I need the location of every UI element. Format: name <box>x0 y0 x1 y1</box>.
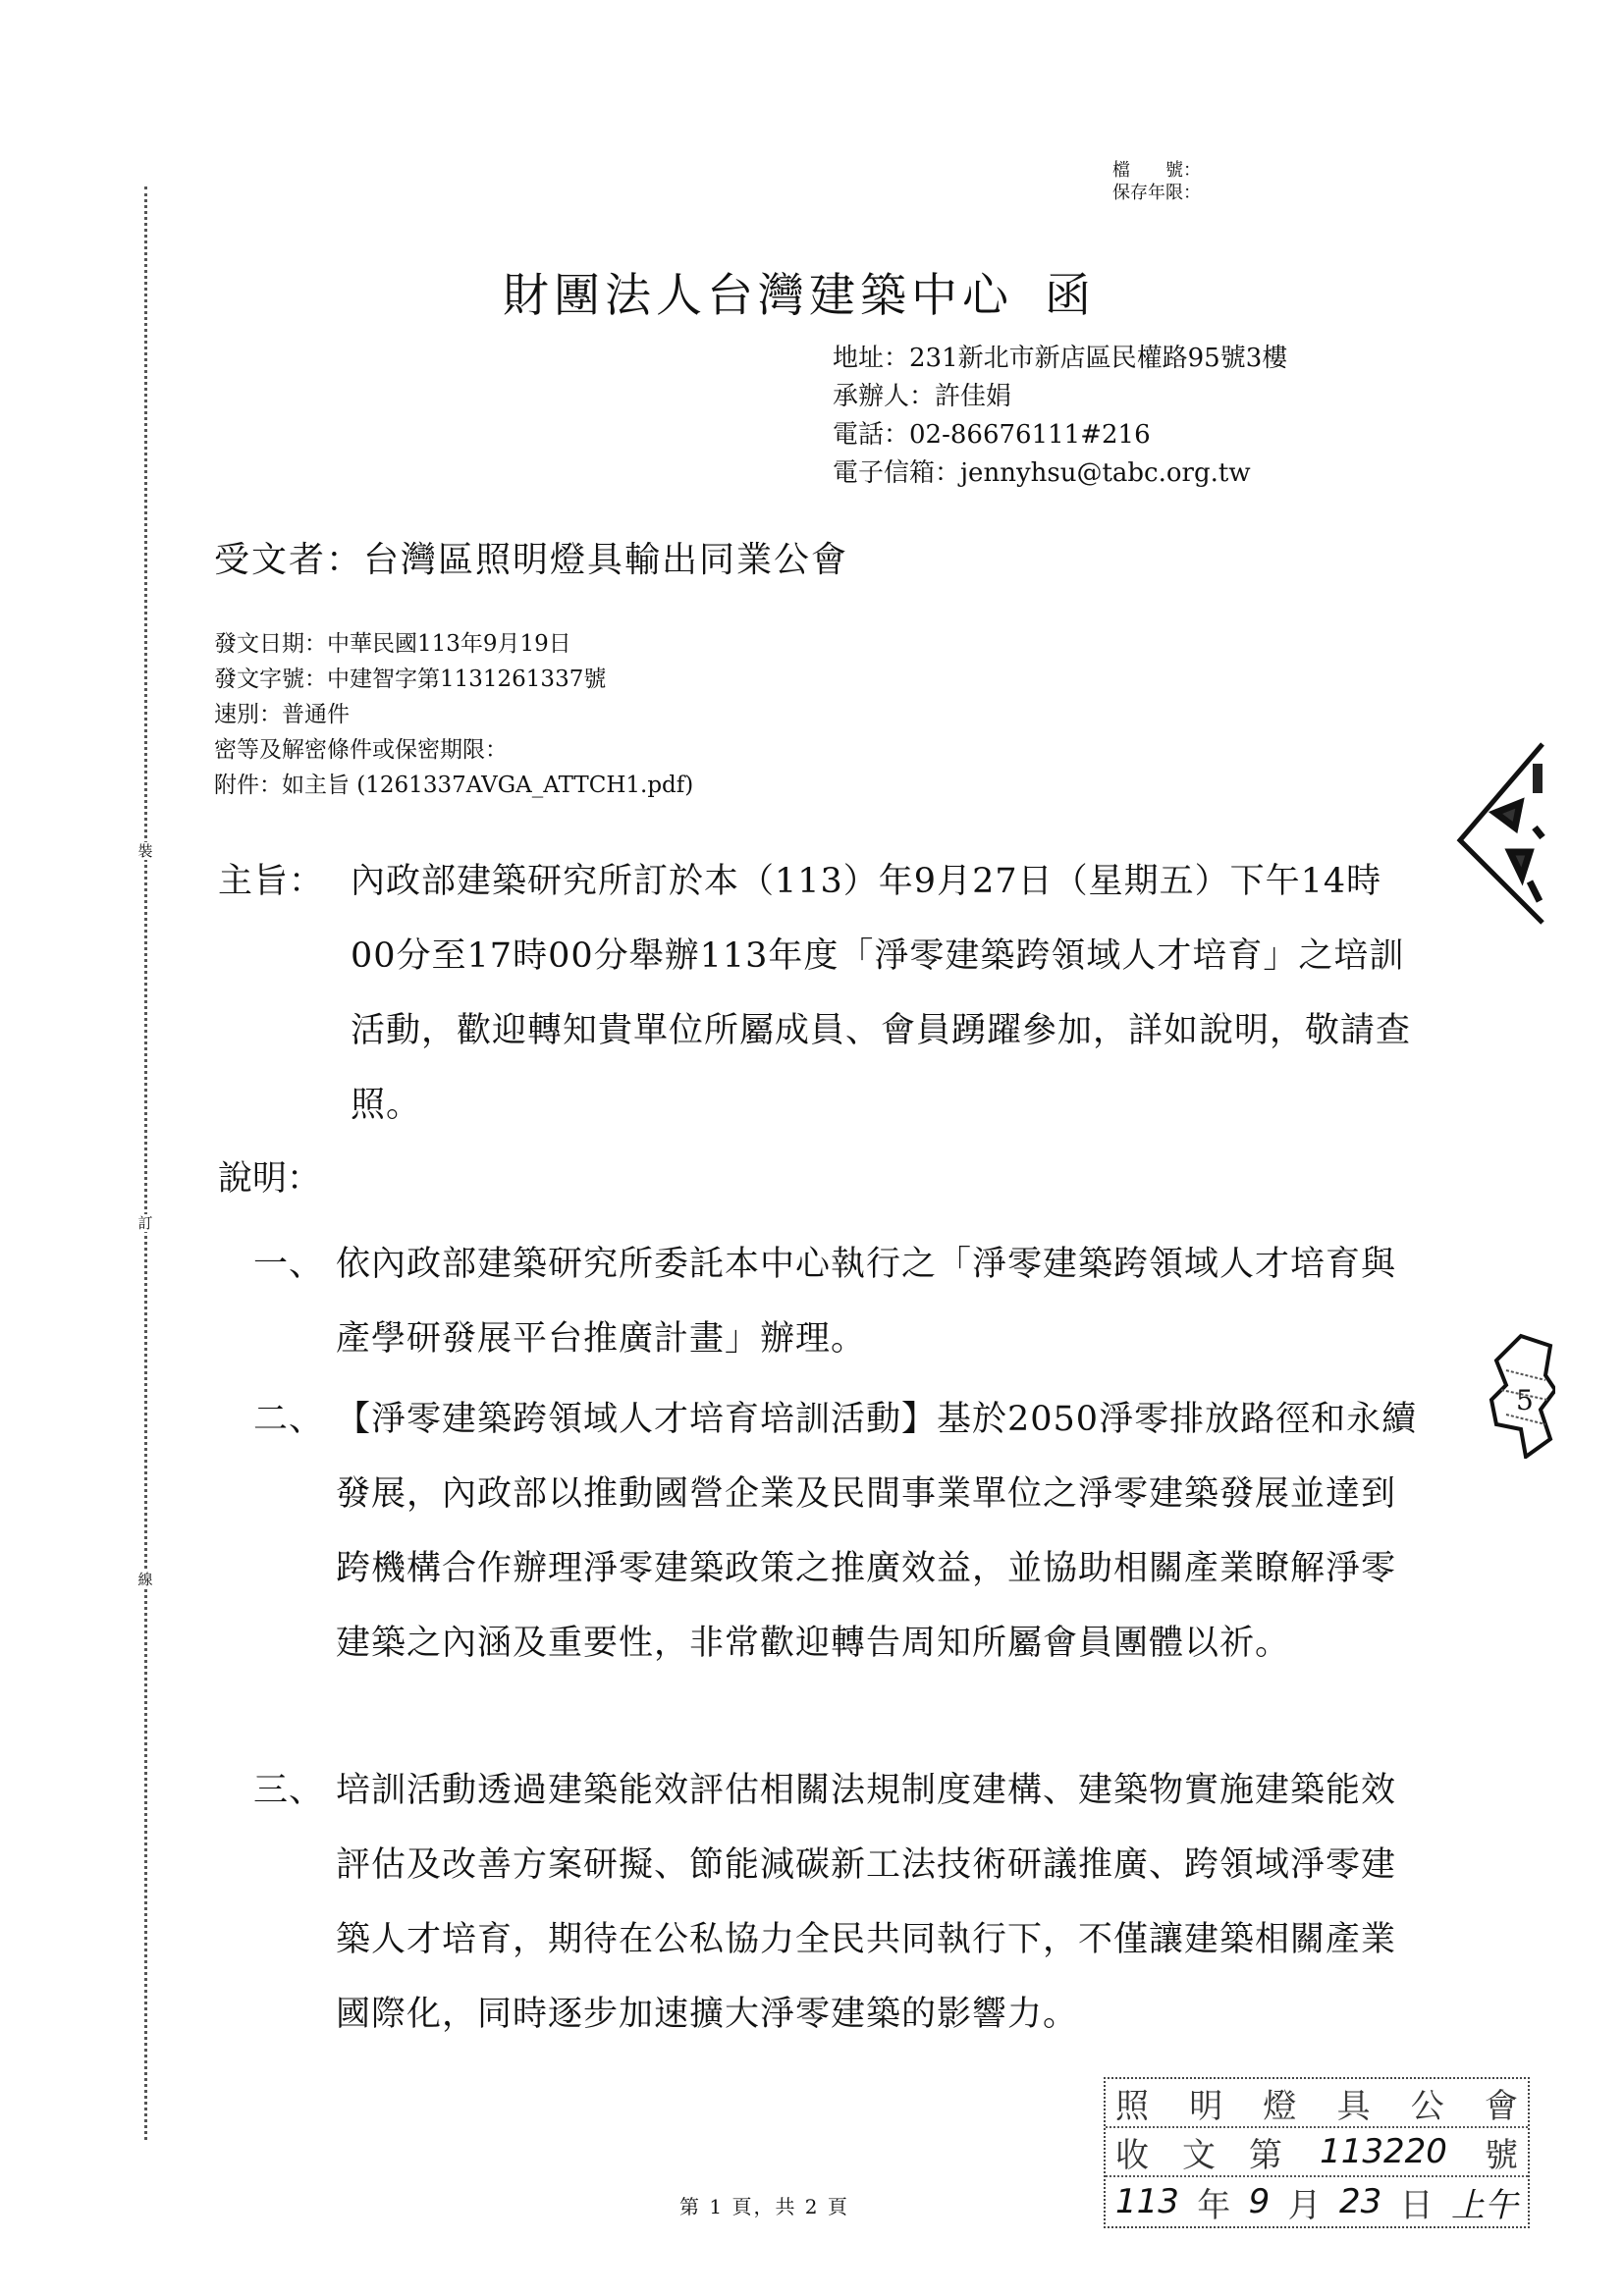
receipt-stamp: 照 明 燈 具 公 會 收 文 第 113220 號 113 年 9 月 23 … <box>1104 2077 1530 2228</box>
urgency: 速別：普通件 <box>214 697 693 732</box>
sender-email: 電子信箱：jennyhsu@tabc.org.tw <box>833 454 1287 493</box>
doc-kind: 函 <box>1045 269 1096 323</box>
receipt-suffix: 號 <box>1485 2128 1518 2176</box>
receipt-period: 上午 <box>1451 2178 1518 2226</box>
doc-number: 發文字號：中建智字第1131261337號 <box>214 662 693 697</box>
stamp-char: 會 <box>1485 2079 1518 2127</box>
subject-text: 內政部建築研究所訂於本（113）年9月27日（星期五）下午14時00分至17時0… <box>351 844 1426 1143</box>
issue-date: 發文日期：中華民國113年9月19日 <box>214 626 693 662</box>
org-title: 財團法人台灣建築中心 <box>503 269 1013 323</box>
retention-period-label: 保存年限： <box>1112 182 1201 204</box>
year-unit: 年 <box>1197 2178 1230 2226</box>
recipient: 受文者：台灣區照明燈具輸出同業公會 <box>214 535 848 586</box>
stamp-char: 公 <box>1411 2079 1444 2127</box>
month-unit: 月 <box>1288 2178 1322 2226</box>
confidentiality: 密等及解密條件或保密期限： <box>214 732 693 768</box>
subject-section: 主旨： 內政部建築研究所訂於本（113）年9月27日（星期五）下午14時00分至… <box>218 844 1435 1143</box>
description-item-3: 三、 培訓活動透過建築能效評估相關法規制度建構、建築物實施建築能效評估及改善方案… <box>253 1753 1441 2052</box>
description-item-2: 二、 【淨零建築跨領域人才培育培訓活動】基於2050淨零排放路徑和永續發展，內政… <box>253 1382 1441 1681</box>
binding-label-zhuang: 裝 <box>132 842 159 860</box>
svg-text:5: 5 <box>1516 1384 1534 1416</box>
description-item-1: 一、 依內政部建築研究所委託本中心執行之「淨零建築跨領域人才培育與產學研發展平台… <box>253 1227 1441 1376</box>
stamp-char: 燈 <box>1263 2079 1296 2127</box>
sender-handler: 承辦人：許佳娟 <box>833 378 1287 416</box>
binding-label-ding: 訂 <box>132 1214 159 1232</box>
receipt-month: 9 <box>1249 2182 1271 2221</box>
receipt-number-row: 收 文 第 113220 號 <box>1106 2128 1528 2177</box>
day-unit: 日 <box>1400 2178 1434 2226</box>
item-number: 一、 <box>253 1227 324 1302</box>
stamp-char: 明 <box>1189 2079 1222 2127</box>
document-title: 財團法人台灣建築中心函 <box>503 267 1096 326</box>
stamp-char: 照 <box>1115 2079 1149 2127</box>
receipt-year: 113 <box>1115 2182 1179 2221</box>
receipt-org-row: 照 明 燈 具 公 會 <box>1106 2079 1528 2128</box>
receipt-prefix: 收 文 第 <box>1115 2128 1282 2176</box>
subject-label: 主旨： <box>218 844 324 919</box>
archive-number-label: 檔 號： <box>1112 159 1201 182</box>
description-label: 說明： <box>218 1154 321 1203</box>
document-meta: 發文日期：中華民國113年9月19日 發文字號：中建智字第1131261337號… <box>214 626 693 803</box>
attachment: 附件：如主旨 (1261337AVGA_ATTCH1.pdf) <box>214 768 693 803</box>
item-number: 三、 <box>253 1753 324 1828</box>
receipt-day: 23 <box>1339 2182 1381 2221</box>
stamp-char: 具 <box>1337 2079 1371 2127</box>
seam-seal-icon: 5 <box>1487 1331 1555 1459</box>
sender-block: 地址：231新北市新店區民權路95號3樓 承辦人：許佳娟 電話：02-86676… <box>833 340 1287 493</box>
page-indicator: 第 1 頁，共 2 頁 <box>679 2191 849 2219</box>
receipt-date-row: 113 年 9 月 23 日 上午 <box>1106 2177 1528 2226</box>
binding-margin-line <box>144 187 147 2140</box>
receipt-number: 113220 <box>1320 2132 1447 2171</box>
item-number: 二、 <box>253 1382 324 1457</box>
file-meta: 檔 號： 保存年限： <box>1112 159 1201 204</box>
binding-label-xian: 線 <box>132 1571 159 1588</box>
item-text: 依內政部建築研究所委託本中心執行之「淨零建築跨領域人才培育與產學研發展平台推廣計… <box>336 1227 1426 1376</box>
sender-address: 地址：231新北市新店區民權路95號3樓 <box>833 340 1287 378</box>
item-text: 【淨零建築跨領域人才培育培訓活動】基於2050淨零排放路徑和永續發展，內政部以推… <box>336 1382 1426 1681</box>
sender-phone: 電話：02-86676111#216 <box>833 416 1287 454</box>
item-text: 培訓活動透過建築能效評估相關法規制度建構、建築物實施建築能效評估及改善方案研擬、… <box>336 1753 1426 2052</box>
